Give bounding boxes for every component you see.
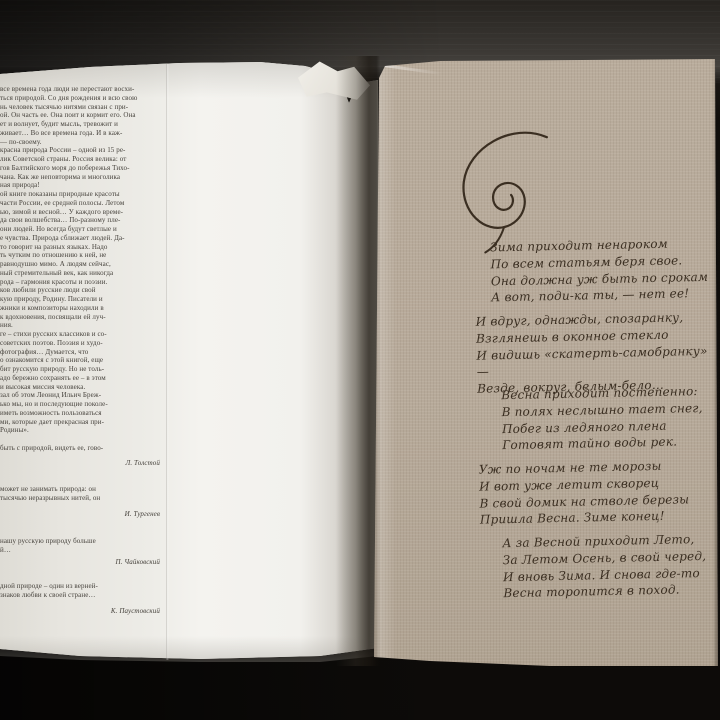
poem-stanza-spring: Весна приходит постепенно: В полях неслы… (501, 383, 703, 454)
quote-paustovsky-author: К. Паустовский (0, 607, 160, 616)
quote-tchaikovsky-text: нашу русскую природу больше й… (0, 537, 172, 555)
poem-stanza-starling: Уж по ночам не те морозы И вот уже летит… (479, 457, 690, 529)
handwritten-poem: Зима приходит ненароком По всем статьям … (368, 49, 720, 672)
poem-stanza-winter: Зима приходит ненароком По всем статьям … (490, 235, 709, 307)
book-cover: Зима приходит ненароком По всем статьям … (370, 54, 718, 670)
quote-tolstoy-author: Л. Толстой (0, 459, 160, 468)
quote-tchaikovsky-author: П. Чайковский (0, 558, 160, 567)
gutter-shadow (336, 56, 380, 666)
quote-tolstoy-text: быть с природой, видеть ее, гово- (0, 444, 172, 453)
quote-paustovsky-text: дной природе – один из верней- знаков лю… (0, 582, 172, 600)
quote-turgenev-text: может не занимать природа: он тысячью не… (0, 485, 172, 503)
printed-intro-text: все времена года люди не перестают восхи… (0, 85, 172, 435)
poem-stanza-seasons-cycle: А за Весной приходит Лето, За Летом Осен… (502, 531, 707, 602)
book-photo-scene: все времена года люди не перестают восхи… (0, 0, 720, 720)
quote-turgenev-author: И. Тургенев (0, 510, 160, 519)
page-bottom-shade (0, 636, 378, 662)
